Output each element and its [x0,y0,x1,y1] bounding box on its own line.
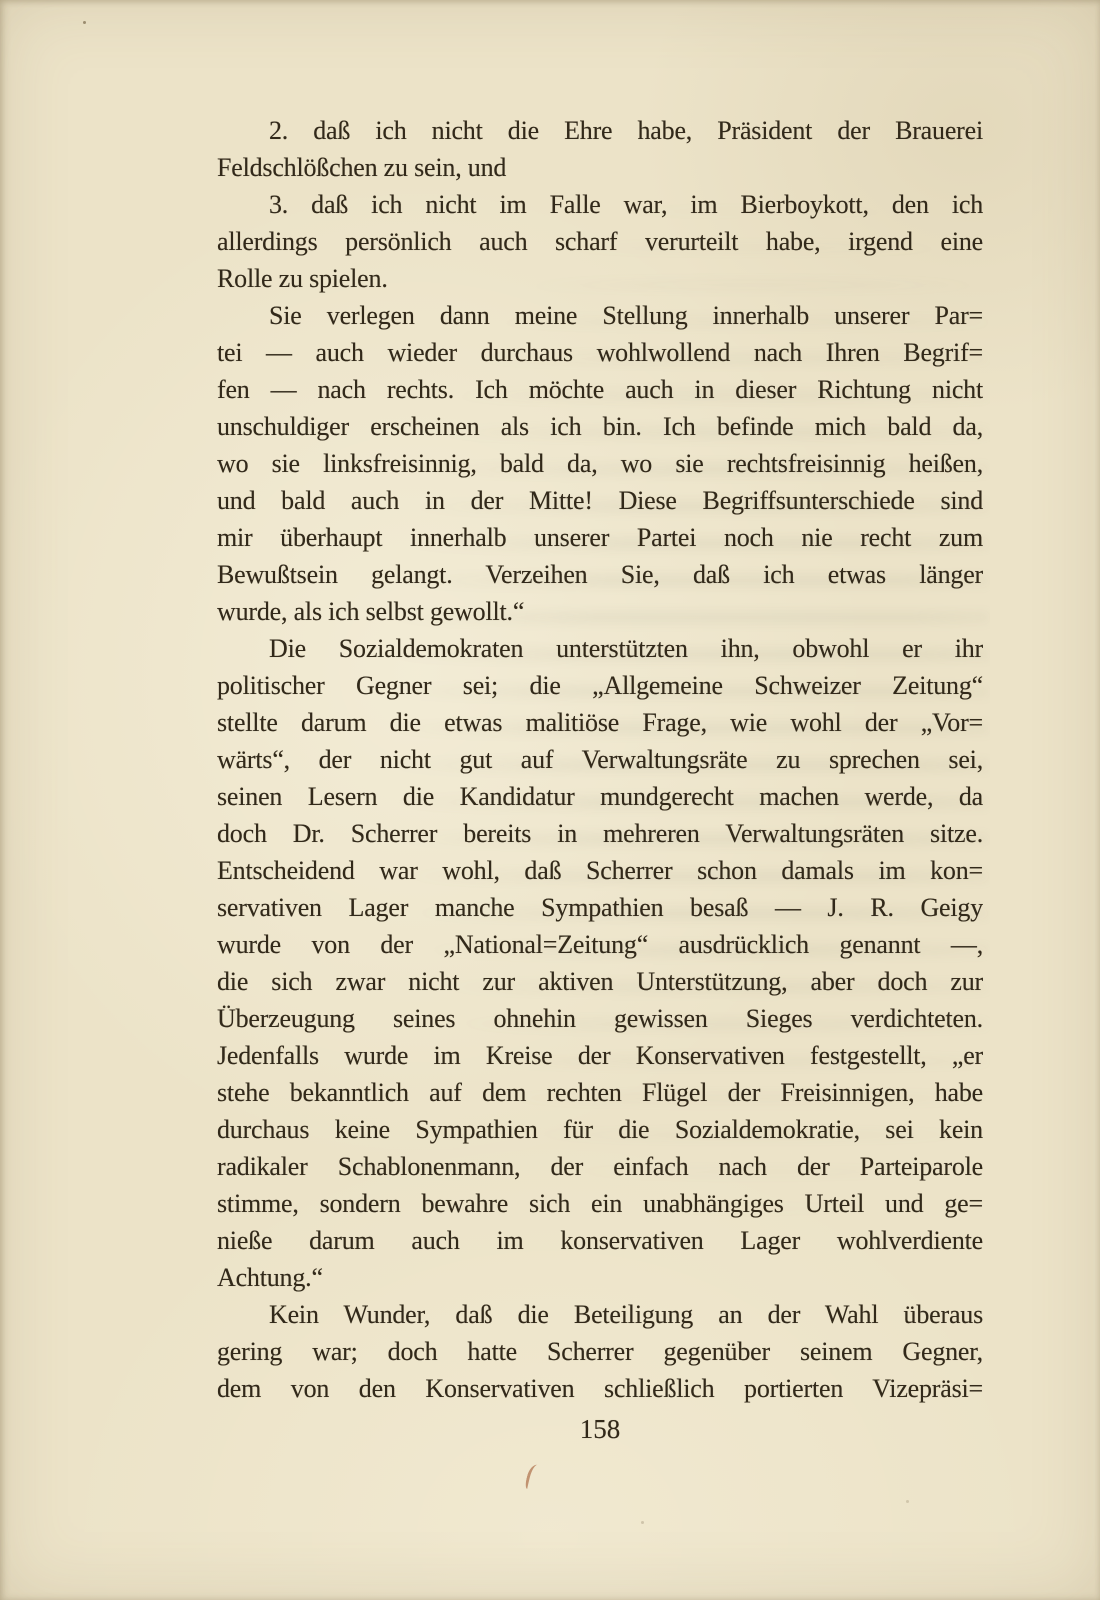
text-line: wo sie linksfreisinnig, bald da, wo sie … [217,445,983,482]
stray-pen-mark [524,1463,541,1491]
text-line: servativen Lager manche Sympathien besaß… [217,889,983,926]
paper-speck [83,21,86,24]
text-line: stehe bekanntlich auf dem rechten Flügel… [217,1074,983,1111]
text-line: gering war; doch hatte Scherrer gegenübe… [217,1333,983,1370]
text-line: mir überhaupt innerhalb unserer Partei n… [217,519,983,556]
text-line: und bald auch in der Mitte! Diese Begrif… [217,482,983,519]
text-line: Kein Wunder, daß die Beteiligung an der … [217,1296,983,1333]
text-line: Sie verlegen dann meine Stellung innerha… [217,297,983,334]
text-line: Feldschlößchen zu sein, und [217,149,983,186]
paper-speck [641,1521,644,1524]
text-line: seinen Lesern die Kandidatur mundgerecht… [217,778,983,815]
text-line: Überzeugung seines ohnehin gewissen Sieg… [217,1000,983,1037]
text-line: Jedenfalls wurde im Kreise der Konservat… [217,1037,983,1074]
text-line: Die Sozialdemokraten unterstützten ihn, … [217,630,983,667]
page-text-block: 2. daß ich nicht die Ehre habe, Präsiden… [217,112,983,1407]
text-line: wurde von der „National=Zeitung“ ausdrüc… [217,926,983,963]
page-number: 158 [217,1414,983,1445]
text-line: die sich zwar nicht zur aktiven Unterstü… [217,963,983,1000]
text-line: durchaus keine Sympathien für die Sozial… [217,1111,983,1148]
scanned-book-page: 2. daß ich nicht die Ehre habe, Präsiden… [0,0,1100,1600]
text-line: tei — auch wieder durchaus wohlwollend n… [217,334,983,371]
text-line: stimme, sondern bewahre sich ein unabhän… [217,1185,983,1222]
paper-speck [906,1500,909,1503]
text-line: unschuldiger erscheinen als ich bin. Ich… [217,408,983,445]
text-line: wärts“, der nicht gut auf Verwaltungsrät… [217,741,983,778]
text-line: doch Dr. Scherrer bereits in mehreren Ve… [217,815,983,852]
text-line: politischer Gegner sei; die „Allgemeine … [217,667,983,704]
text-line: stellte darum die etwas malitiöse Frage,… [217,704,983,741]
text-line: 3. daß ich nicht im Falle war, im Bierbo… [217,186,983,223]
text-line: 2. daß ich nicht die Ehre habe, Präsiden… [217,112,983,149]
text-line: Achtung.“ [217,1259,983,1296]
text-line: Rolle zu spielen. [217,260,983,297]
text-line: dem von den Konservativen schließlich po… [217,1370,983,1407]
text-line: Bewußtsein gelangt. Verzeihen Sie, daß i… [217,556,983,593]
text-line: radikaler Schablonenmann, der einfach na… [217,1148,983,1185]
text-line: fen — nach rechts. Ich möchte auch in di… [217,371,983,408]
text-line: nieße darum auch im konservativen Lager … [217,1222,983,1259]
text-line: allerdings persönlich auch scharf verurt… [217,223,983,260]
text-line: Entscheidend war wohl, daß Scherrer scho… [217,852,983,889]
text-line: wurde, als ich selbst gewollt.“ [217,593,983,630]
